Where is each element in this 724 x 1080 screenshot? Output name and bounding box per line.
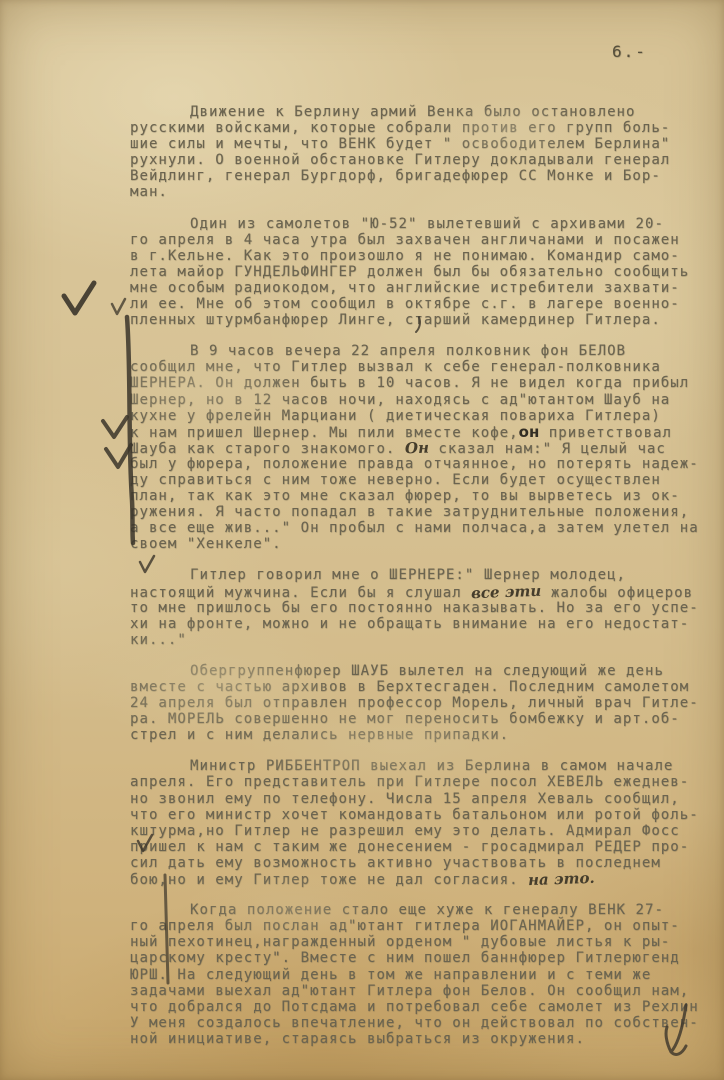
text-line: что добрался до Потсдама и потребовал се… (130, 999, 724, 1015)
text-line: Вейдлинг, генерал Бургдорф, бригадефюрер… (130, 168, 724, 184)
text-line: ной инициативе, стараясь выбраться из ок… (130, 1031, 724, 1047)
handwritten-insertion: Он (405, 439, 430, 456)
text-line: то мне пришлось бы его постоянно наказыв… (130, 600, 724, 616)
typed-text: к нам пришел Шернер. Мы пили вместе кофе… (130, 425, 519, 441)
paragraph: Гитлер говорил мне о ШЕРНЕРЕ:" Шернер мо… (130, 567, 724, 647)
text-line: вместе с частью архивов в Берхтесгаден. … (130, 679, 724, 695)
typed-text: приветствовал (539, 425, 672, 441)
text-line: Шернер, но в 12 часов ночи, находясь с а… (130, 392, 724, 408)
text-line: апреля. Его представитель при Гитлере по… (130, 774, 724, 790)
text-line: ли ее. Мне об этом сообщил в октябре с.г… (130, 296, 724, 312)
text-line: ЮРШ. На следующий день в том же направле… (130, 967, 724, 983)
typed-text: сказал нам:" Я целый час (429, 441, 666, 457)
text-line: мне особым радиокодом, что английские ис… (130, 280, 724, 296)
paragraph: Когда положение стало еще хуже к генерал… (130, 902, 724, 1047)
typed-text: жалобы офицеров (541, 585, 693, 601)
paragraph: Министр РИББЕНТРОП выехал из Берлина в с… (130, 758, 724, 887)
text-line: Один из самолетов "Ю-52" вылетевший с ар… (130, 216, 724, 232)
text-line: настоящий мужчина. Если бы я слушал все … (130, 584, 724, 600)
text-line: ружения. Я часто попадал в такие затрудн… (130, 504, 724, 520)
text-line: сообщил мне, что Гитлер вызвал к себе ге… (130, 359, 724, 375)
text-line: задачами выехал ад"ютант Гитлера фон Бел… (130, 983, 724, 999)
paragraph: Один из самолетов "Ю-52" вылетевший с ар… (130, 216, 724, 329)
text-line: но звонил ему по телефону. Числа 15 апре… (130, 791, 724, 807)
handwritten-insertion: все эти (471, 582, 542, 601)
handwritten-insertion: на это. (528, 870, 595, 888)
text-line: кштурма,но Гитлер не разрешил ему это де… (130, 823, 724, 839)
text-line: своем "Хенкеле". (130, 536, 724, 552)
text-line: в г.Кельне. Как это произошло я не поним… (130, 248, 724, 264)
typed-text: настоящий мужчина. Если бы я слушал (130, 585, 471, 601)
text-line: к нам пришел Шернер. Мы пили вместе кофе… (130, 424, 724, 440)
text-line: был у фюрера, положение правда отчаянное… (130, 456, 724, 472)
text-line: хи на фронте, можно и не обращать вниман… (130, 616, 724, 632)
text-line: кухне у фрелейн Марциани ( диетическая п… (130, 408, 724, 424)
typed-text: бою,но и ему Гитлер тоже не дал согласия… (130, 872, 528, 888)
text-line: план, так как это мне сказал фюрер, то в… (130, 488, 724, 504)
text-line: стрел и с ним делались нервные припадки. (130, 727, 724, 743)
paragraph: Движение к Берлину армий Венка было оста… (130, 104, 724, 201)
text-line: ду справиться с ним тоже неверно. Если б… (130, 472, 724, 488)
text-line: русскими войсками, которые собрали проти… (130, 120, 724, 136)
text-line: У меня создалось впечатление, что он дей… (130, 1015, 724, 1031)
text-line: пришел к нам с таким же донесением - гро… (130, 839, 724, 855)
text-line: царскому кресту". Вместе с ним пошел бан… (130, 950, 724, 966)
text-line: Министр РИББЕНТРОП выехал из Берлина в с… (130, 758, 724, 774)
text-line: ра. МОРЕЛЬ совершенно не мог переносить … (130, 711, 724, 727)
text-line: Обергруппенфюрер ШАУБ вылетел на следующ… (130, 663, 724, 679)
page-number: 6.- (612, 42, 647, 61)
text-line: сил дать ему возможность активно участво… (130, 855, 724, 871)
text-line: бою,но и ему Гитлер тоже не дал согласия… (130, 871, 724, 887)
paragraph: Обергруппенфюрер ШАУБ вылетел на следующ… (130, 663, 724, 743)
text-line: шие силы и мечты, что ВЕНК будет " освоб… (130, 136, 724, 152)
text-line: что его министр хочет командовать баталь… (130, 807, 724, 823)
text-line: а все еще жив..." Он пробыл с нами полча… (130, 520, 724, 536)
document-body: Движение к Берлину армий Венка было оста… (130, 104, 724, 1062)
text-line: ный пехотинец,награжденный орденом " дуб… (130, 934, 724, 950)
text-line: ки..." (130, 632, 724, 648)
text-line: ман. (130, 184, 724, 200)
text-line: Гитлер говорил мне о ШЕРНЕРЕ:" Шернер мо… (130, 567, 724, 583)
text-line: го апреля в 4 часа утра был захвачен анг… (130, 232, 724, 248)
text-line: рухнули. О военной обстановке Гитлеру до… (130, 152, 724, 168)
text-line: 24 апреля был отправлен профессор Морель… (130, 695, 724, 711)
text-line: ШЕРНЕРА. Он должен быть в 10 часов. Я не… (130, 375, 724, 391)
paragraph: В 9 часов вечера 22 апреля полковник фон… (130, 343, 724, 552)
text-line: В 9 часов вечера 22 апреля полковник фон… (130, 343, 724, 359)
typed-text: Шауба как старого знакомого. (130, 441, 405, 457)
text-line: лета майор ГУНДЕЛЬФИНГЕР должен был бы о… (130, 264, 724, 280)
text-line: пленных штурмбанфюрер Линге, старший кам… (130, 312, 724, 328)
text-line: Движение к Берлину армий Венка было оста… (130, 104, 724, 120)
text-line: го апреля был послан ад"ютант гитлера ИО… (130, 918, 724, 934)
text-line: Когда положение стало еще хуже к генерал… (130, 902, 724, 918)
handwritten-insertion: он (519, 424, 540, 440)
text-line: Шауба как старого знакомого. Он сказал н… (130, 440, 724, 456)
